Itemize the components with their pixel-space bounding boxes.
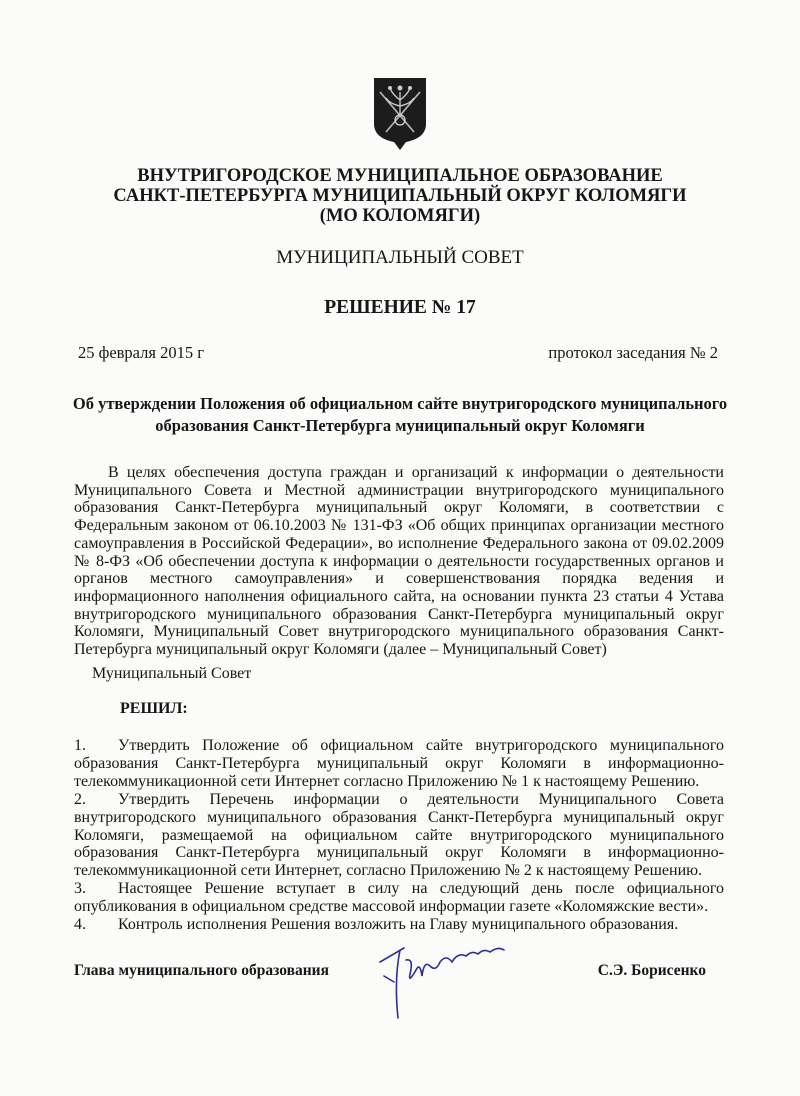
coat-of-arms-icon [370,72,430,152]
resolution-item: 1.Утвердить Положение об официальном сай… [74,737,724,791]
council-heading: МУНИЦИПАЛЬНЫЙ СОВЕТ [0,247,800,269]
item-number: 4. [74,916,118,934]
subject-line-2: образования Санкт-Петербурга муниципальн… [70,415,730,437]
item-number: 1. [74,737,118,755]
item-text: Утвердить Перечень информации о деятельн… [74,791,724,880]
handwritten-signature [370,940,540,1025]
organization-name: ВНУТРИГОРОДСКОЕ МУНИЦИПАЛЬНОЕ ОБРАЗОВАНИ… [0,166,800,226]
item-text: Контроль исполнения Решения возложить на… [118,916,678,933]
item-text: Утвердить Положение об официальном сайте… [74,737,724,790]
resolution-item: 3.Настоящее Решение вступает в силу на с… [74,880,724,916]
org-line-3: (МО КОЛОМЯГИ) [0,206,800,226]
decision-date: 25 февраля 2015 г [78,343,204,363]
org-line-2: САНКТ-ПЕТЕРБУРГА МУНИЦИПАЛЬНЫЙ ОКРУГ КОЛ… [0,186,800,206]
decision-title: РЕШЕНИЕ № 17 [0,297,800,319]
item-text: Настоящее Решение вступает в силу на сле… [74,880,724,915]
resolution-item: 2.Утвердить Перечень информации о деятел… [74,791,724,881]
preamble-text: В целях обеспечения доступа граждан и ор… [74,464,724,659]
protocol-number: протокол заседания № 2 [548,343,718,363]
item-number: 3. [74,880,118,898]
resolution-item: 4.Контроль исполнения Решения возложить … [74,916,724,934]
council-line: Муниципальный Совет [92,665,251,683]
preamble: В целях обеспечения доступа граждан и ор… [74,464,724,659]
resolved-label: РЕШИЛ: [120,700,188,718]
item-number: 2. [74,791,118,809]
signatory-title: Глава муниципального образования [74,962,329,980]
decision-subject: Об утверждении Положения об официальном … [70,393,730,437]
resolution-items: 1.Утвердить Положение об официальном сай… [74,737,724,934]
signatory-name: С.Э. Борисенко [598,962,706,980]
subject-line-1: Об утверждении Положения об официальном … [70,393,730,415]
org-line-1: ВНУТРИГОРОДСКОЕ МУНИЦИПАЛЬНОЕ ОБРАЗОВАНИ… [0,166,800,186]
